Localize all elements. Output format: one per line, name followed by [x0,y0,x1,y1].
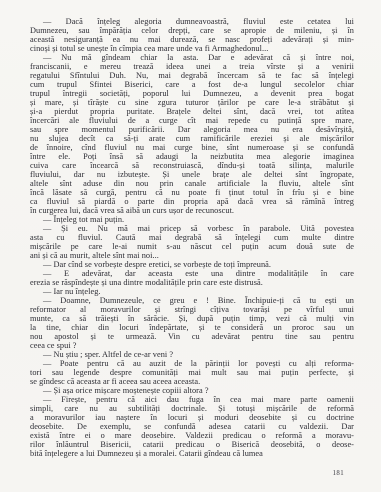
text-line: la tine, chiar din locuri îndepărtate, ș… [30,323,354,332]
text-line: și mare, și tîrăște cu sine zgura tuturo… [30,98,354,107]
text-line: — Dacă înțeleg alegoria dumneavoastră, f… [30,17,354,26]
text-line: tori sau legende despre comunități mai m… [30,368,354,377]
page-number: 181 [333,470,344,477]
text-line: cum trupul Sfintei Biserici, care a fost… [30,80,354,89]
text-line: — E adevărat, dar aceasta este una dintr… [30,269,354,278]
text-line: această nesiguranță ea nu mai durează, s… [30,35,354,44]
text-line: — Poate pentru că au auzit de la părinți… [30,359,354,368]
text-line: reformator al moravurilor și strîngi cîț… [30,305,354,314]
text-line: se gîndesc că aceasta ar fi aceea sau ac… [30,377,354,386]
paragraph: — Iar nu înțeleg. [30,287,354,296]
text-line: — Iar nu înțeleg. [30,287,354,296]
book-page: — Dacă înțeleg alegoria dumneavoastră, f… [0,0,381,492]
text-line: și-a pierdut propria puritate. Brațele d… [30,107,354,116]
paragraph: — Dar cînd se vorbește despre eretici, s… [30,260,354,269]
text-line: trupul întregii societăți, poporul lui D… [30,89,354,98]
text-line: în curgerea lui, dacă vrea să aibă un cu… [30,206,354,215]
text-line: cuiva care încearcă să reconstruiască, d… [30,161,354,170]
text-line: ani și că au murit, altele sînt mai noi.… [30,251,354,260]
text-line: altele sînt aduse din nou prin canale ar… [30,179,354,188]
text-line: munte, ca să trăiești în sărăcie. Și, du… [30,314,354,323]
paragraph: — Firește, pentru că aici dau fuga în ce… [30,395,354,458]
text-line: — Nu mă gîndeam chiar la asta. Dar e ade… [30,53,354,62]
paragraph: — Înțeleg tot mai puțin. [30,215,354,224]
paragraph: — Și așa orice mișcare moștenește copiii… [30,386,354,395]
text-line: rilor înlăuntrul Bisericii, catarii pred… [30,440,354,449]
text-line: — Doamne, Dumnezeule, ce greu e ! Bine. … [30,296,354,305]
text-line: — Înțeleg tot mai puțin. [30,215,354,224]
text-line: erezia se răspîndește și una dintre moda… [30,278,354,287]
text-line: — Nu știu ; sper. Altfel de ce-ar veni ? [30,350,354,359]
text-line: Dumnezeu, sau împărăția celor drepți, ca… [30,26,354,35]
paragraph: — Poate pentru că au auzit de la părinți… [30,359,354,386]
paragraph: — Nu știu ; sper. Altfel de ce-ar veni ? [30,350,354,359]
paragraph: — Dacă înțeleg alegoria dumneavoastră, f… [30,17,354,53]
text-line: încercări ale fluviului de a curge cît m… [30,116,354,125]
text-line: fluviului, dar nu izbutește. Și unele br… [30,170,354,179]
text-line: încă lăsate să curgă, pentru că nu poate… [30,188,354,197]
text-line: ca fluviul să piardă o parte din propria… [30,197,354,206]
text-line: franciscanii, e mereu trează ideea unei … [30,62,354,71]
text-line: de înnoire, cînd fluviul nu mai curge bi… [30,143,354,152]
paragraph: — Și eu. Nu mă mai pricep să vorbesc în … [30,224,354,260]
text-line: — Firește, pentru că aici dau fuga în ce… [30,395,354,404]
paragraph: — E adevărat, dar aceasta este una dintr… [30,269,354,287]
text-line: sau spre momentul purificării. Dar alego… [30,125,354,134]
text-line: bită înțelegere a lui Dumnezeu și a mora… [30,449,354,458]
text-line: — Și eu. Nu mă mai pricep să vorbesc în … [30,224,354,233]
paragraph: — Doamne, Dumnezeule, ce greu e ! Bine. … [30,296,354,350]
text-line: nou apostol și te urmează. Vin cu adevăr… [30,332,354,341]
text-line: asta cu fluviul. Caută mai degrabă să în… [30,233,354,242]
text-line: nu slujea decît ca să-ți arate cum ramif… [30,134,354,143]
text-line: regatului Sfîntului Duh. Nu, mai degrabă… [30,71,354,80]
text-line: — Și așa orice mișcare moștenește copiii… [30,386,354,395]
text-line: simpli, care nu au subtilități doctrinal… [30,404,354,413]
text-line: există între ei o mare deosebire. Valdez… [30,431,354,440]
text-line: mișcările pe care le-ai numit s-au născu… [30,242,354,251]
text-line: deosebite. De exemplu, se confundă adese… [30,422,354,431]
text-line: între ele. Poți însă să adaugi la neizbu… [30,152,354,161]
text-line: cinoși și totul se unește în cîmpia cea … [30,44,354,53]
text-line: — Dar cînd se vorbește despre eretici, s… [30,260,354,269]
paragraph: — Nu mă gîndeam chiar la asta. Dar e ade… [30,53,354,215]
page-text-block: — Dacă înțeleg alegoria dumneavoastră, f… [30,17,354,458]
text-line: a moravurilor iau naștere în locuri și m… [30,413,354,422]
text-line: ceea ce spui ? [30,341,354,350]
